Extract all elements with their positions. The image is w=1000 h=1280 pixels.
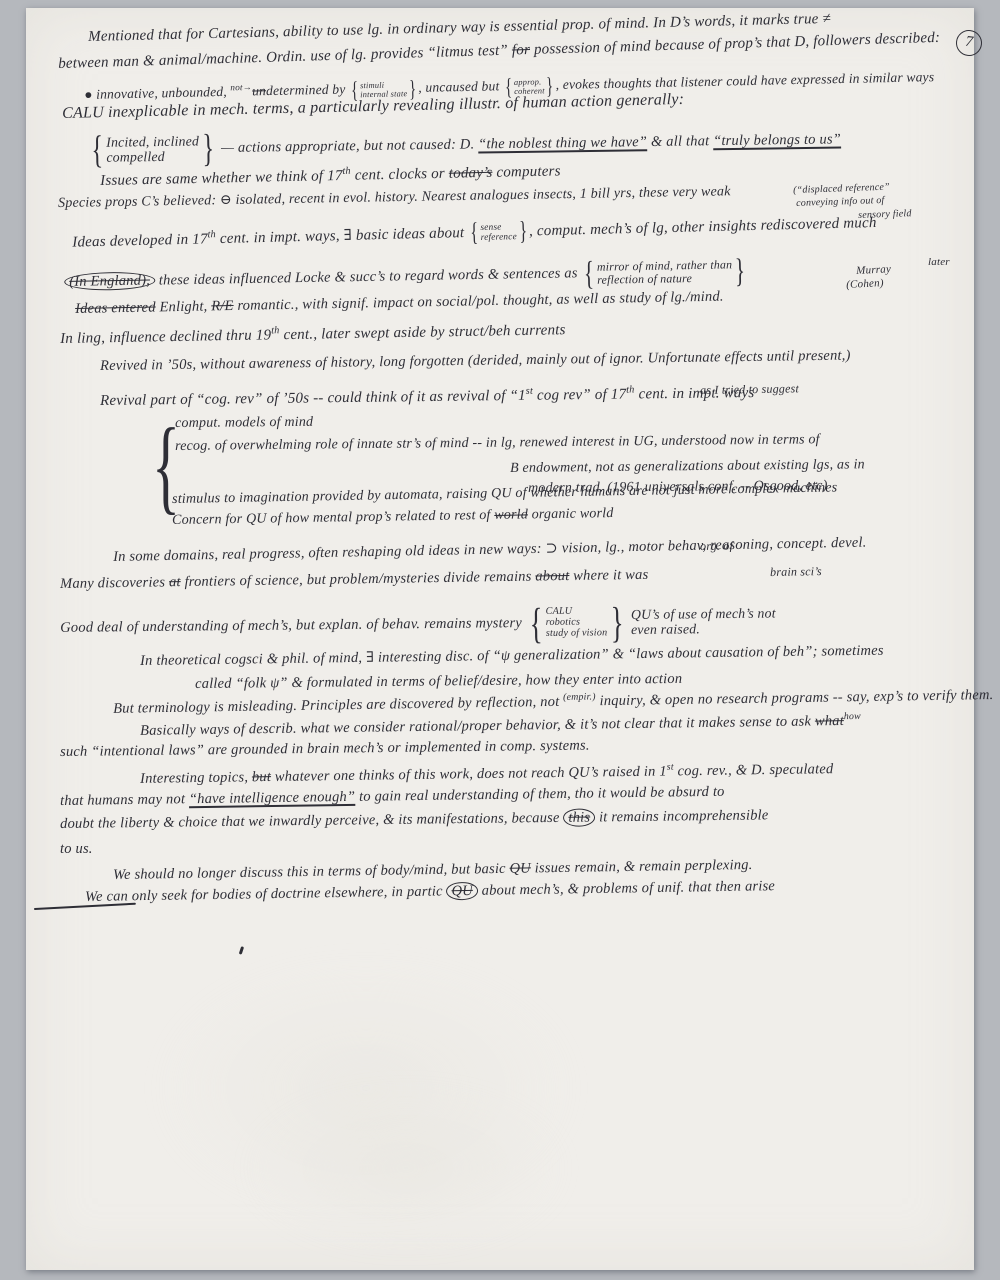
handwritten-line: Species props C’s believed: ⊖ isolated, … — [58, 185, 731, 211]
paper: 7 Mentioned that for Cartesians, ability… — [26, 8, 974, 1270]
handwritten-line: Concern for QU of how mental prop’s rela… — [172, 507, 614, 529]
handwritten-line: B endowment, not as generalizations abou… — [510, 458, 865, 476]
handwritten-line: Interesting topics, but whatever one thi… — [140, 760, 834, 787]
handwritten-line: In some domains, real progress, often re… — [113, 536, 867, 566]
circled-struck-text: (In England), — [64, 272, 155, 292]
superscript-text: th — [207, 229, 216, 240]
superscript-text: (empir.) — [563, 691, 596, 703]
stacked-alternatives: stimuliinternal state — [360, 80, 408, 99]
struck-text: for — [512, 42, 531, 59]
handwritten-line: Good deal of understanding of mech’s, bu… — [60, 600, 776, 651]
brace-glyph: { — [91, 130, 103, 171]
circled-struck-text: QU — [446, 882, 478, 900]
struck-text: world — [494, 507, 528, 523]
brace-glyph: } — [610, 600, 623, 645]
stacked-alternatives: sensereference — [480, 222, 517, 243]
superscript-text: how — [844, 711, 861, 722]
underlined-text: “truly belongs to us” — [713, 131, 841, 149]
big-brace: { — [152, 412, 180, 518]
handwritten-line: stimulus to imagination provided by auto… — [172, 481, 838, 507]
handwritten-line: brain sci’s — [770, 565, 822, 578]
struck-text: but — [252, 769, 271, 785]
superscript-text: st — [667, 762, 674, 773]
handwritten-line: {Incited, inclinedcompelled} — actions a… — [88, 120, 841, 170]
handwritten-line: comput. models of mind — [175, 416, 313, 432]
superscript-text: th — [626, 384, 634, 395]
handwritten-line: In ling, influence declined thru 19th ce… — [60, 321, 566, 348]
superscript-text: th — [271, 325, 280, 336]
handwritten-line: Ideas developed in 17th cent. in impt. w… — [72, 210, 877, 256]
show-through-ghost — [156, 958, 576, 1218]
struck-text: un — [252, 83, 266, 98]
brace-glyph: { — [529, 601, 542, 646]
page-number: 7 — [955, 29, 984, 58]
handwritten-line: to us. — [60, 842, 93, 857]
struck-text: QU — [509, 860, 531, 876]
brace-glyph: } — [735, 253, 746, 289]
handwritten-line: Murray — [856, 264, 891, 277]
brace-glyph: { — [470, 219, 479, 247]
stacked-alternatives: Incited, inclinedcompelled — [106, 134, 199, 165]
handwritten-line: later — [928, 257, 950, 269]
handwritten-line: recog. of overwhelming role of innate st… — [175, 433, 820, 454]
brace-glyph: } — [519, 218, 528, 246]
struck-text: at — [169, 574, 181, 590]
stacked-alternatives: CALUroboticsstudy of vision — [546, 606, 608, 640]
struck-text: R/E — [211, 298, 234, 314]
pen-stroke — [239, 946, 244, 955]
underlined-text: “the noblest thing we have” — [478, 134, 647, 152]
underlined-text: “have intelligence enough” — [189, 789, 355, 807]
superscript-text: th — [342, 166, 351, 177]
handwritten-line: that humans may not “have intelligence e… — [60, 785, 725, 809]
superscript-text: not→ — [230, 82, 252, 92]
struck-text: today’s — [449, 165, 493, 182]
handwritten-line: Basically ways of describ. what we consi… — [140, 712, 861, 739]
handwritten-line: such “intentional laws” are grounded in … — [60, 739, 590, 761]
circled-struck-text: this — [563, 808, 595, 826]
handwritten-line: We can only seek for bodies of doctrine … — [85, 879, 775, 905]
brace-glyph: } — [202, 128, 214, 169]
handwritten-line: called “folk ψ” & formulated in terms of… — [195, 672, 682, 692]
struck-text: Ideas entered — [75, 299, 156, 317]
show-through-ghost — [246, 1088, 566, 1248]
handwritten-line: Revival part of “cog. rev” of ’50s -- co… — [100, 384, 755, 410]
brace-glyph: { — [584, 256, 595, 292]
handwritten-line: doubt the liberty & choice that we inwar… — [60, 808, 769, 832]
stacked-alternatives: mirror of mind, rather thanreflection of… — [597, 258, 733, 286]
handwritten-line: Many discoveries at frontiers of science… — [60, 568, 649, 592]
stacked-alternatives: approp.coherent — [514, 77, 545, 96]
stacked-alternatives: QU’s of use of mech’s noteven raised. — [631, 606, 776, 637]
struck-text: about — [535, 568, 569, 585]
superscript-text: st — [526, 386, 533, 397]
struck-text: what — [815, 713, 844, 729]
handwritten-line: Revived in ’50s, without awareness of hi… — [100, 349, 851, 375]
scanned-page-background: 7 Mentioned that for Cartesians, ability… — [0, 0, 1000, 1280]
handwritten-line: (Cohen) — [846, 278, 884, 291]
handwritten-line: conveying info out of — [796, 196, 885, 210]
